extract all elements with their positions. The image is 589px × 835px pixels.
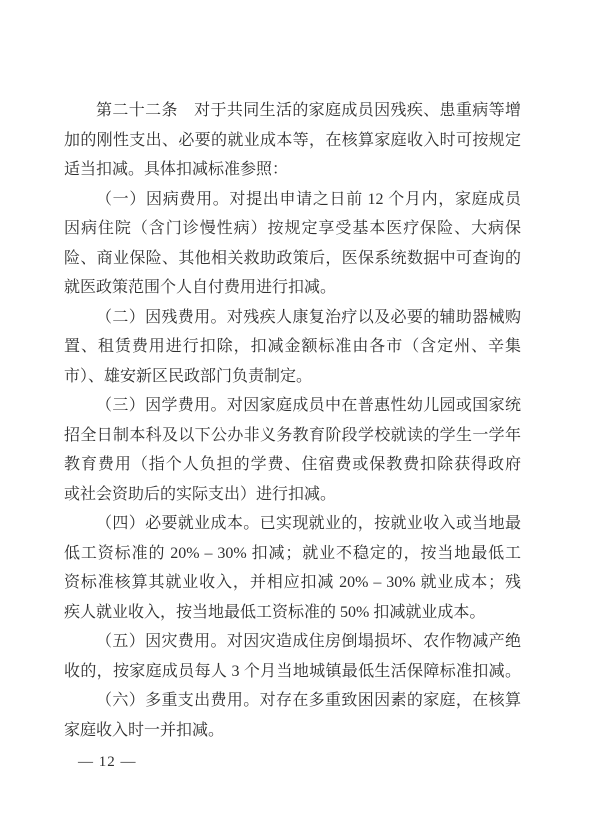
text-line: 适当扣减。具体扣减标准参照： [64,155,521,185]
text-line: 资标准核算其就业收入，并相应扣减 20% – 30% 就业成本；残 [64,568,521,598]
text-line: 就医政策范围个人自付费用进行扣减。 [64,273,521,303]
text-line: 第二十二条 对于共同生活的家庭成员因残疾、患重病等增 [64,96,521,126]
paragraph-item-5-disaster: （五）因灾费用。对因灾造成住房倒塌损坏、农作物减产绝 收的，按家庭成员每人 3 … [64,627,521,686]
text-line: 加的刚性支出、必要的就业成本等，在核算家庭收入时可按规定 [64,126,521,156]
text-line: 置、租赁费用进行扣除，扣减金额标准由各市（含定州、辛集 [64,332,521,362]
text-line: （三）因学费用。对因家庭成员中在普惠性幼儿园或国家统 [64,391,521,421]
document-body: 第二十二条 对于共同生活的家庭成员因残疾、患重病等增 加的刚性支出、必要的就业成… [64,96,521,745]
paragraph-item-3-education: （三）因学费用。对因家庭成员中在普惠性幼儿园或国家统 招全日制本科及以下公办非义… [64,391,521,509]
page-number: — 12 — [78,748,137,778]
paragraph-article-22: 第二十二条 对于共同生活的家庭成员因残疾、患重病等增 加的刚性支出、必要的就业成… [64,96,521,185]
text-line: 因病住院（含门诊慢性病）按规定享受基本医疗保险、大病保 [64,214,521,244]
paragraph-item-6-multiple: （六）多重支出费用。对存在多重致困因素的家庭，在核算 家庭收入时一并扣减。 [64,686,521,745]
text-line: 招全日制本科及以下公办非义务教育阶段学校就读的学生一学年 [64,421,521,451]
text-line: 家庭收入时一并扣减。 [64,716,521,746]
text-line: （六）多重支出费用。对存在多重致困因素的家庭，在核算 [64,686,521,716]
text-line: （四）必要就业成本。已实现就业的，按就业收入或当地最 [64,509,521,539]
text-line: 低工资标准的 20% – 30% 扣减；就业不稳定的，按当地最低工 [64,539,521,569]
text-line: 险、商业保险、其他相关救助政策后，医保系统数据中可查询的 [64,244,521,274]
text-line: 或社会资助后的实际支出）进行扣减。 [64,480,521,510]
text-line: 市）、雄安新区民政部门负责制定。 [64,362,521,392]
text-line: 教育费用（指个人负担的学费、住宿费或保教费扣除获得政府 [64,450,521,480]
text-line: 疾人就业收入，按当地最低工资标准的 50% 扣减就业成本。 [64,598,521,628]
paragraph-item-2-disability: （二）因残费用。对残疾人康复治疗以及必要的辅助器械购 置、租赁费用进行扣除，扣减… [64,303,521,392]
document-page: 第二十二条 对于共同生活的家庭成员因残疾、患重病等增 加的刚性支出、必要的就业成… [0,0,589,835]
text-line: （二）因残费用。对残疾人康复治疗以及必要的辅助器械购 [64,303,521,333]
text-line: （五）因灾费用。对因灾造成住房倒塌损坏、农作物减产绝 [64,627,521,657]
text-line: 收的，按家庭成员每人 3 个月当地城镇最低生活保障标准扣减。 [64,657,521,687]
paragraph-item-4-employment-cost: （四）必要就业成本。已实现就业的，按就业收入或当地最 低工资标准的 20% – … [64,509,521,627]
text-line: （一）因病费用。对提出申请之日前 12 个月内，家庭成员 [64,185,521,215]
paragraph-item-1-illness: （一）因病费用。对提出申请之日前 12 个月内，家庭成员 因病住院（含门诊慢性病… [64,185,521,303]
